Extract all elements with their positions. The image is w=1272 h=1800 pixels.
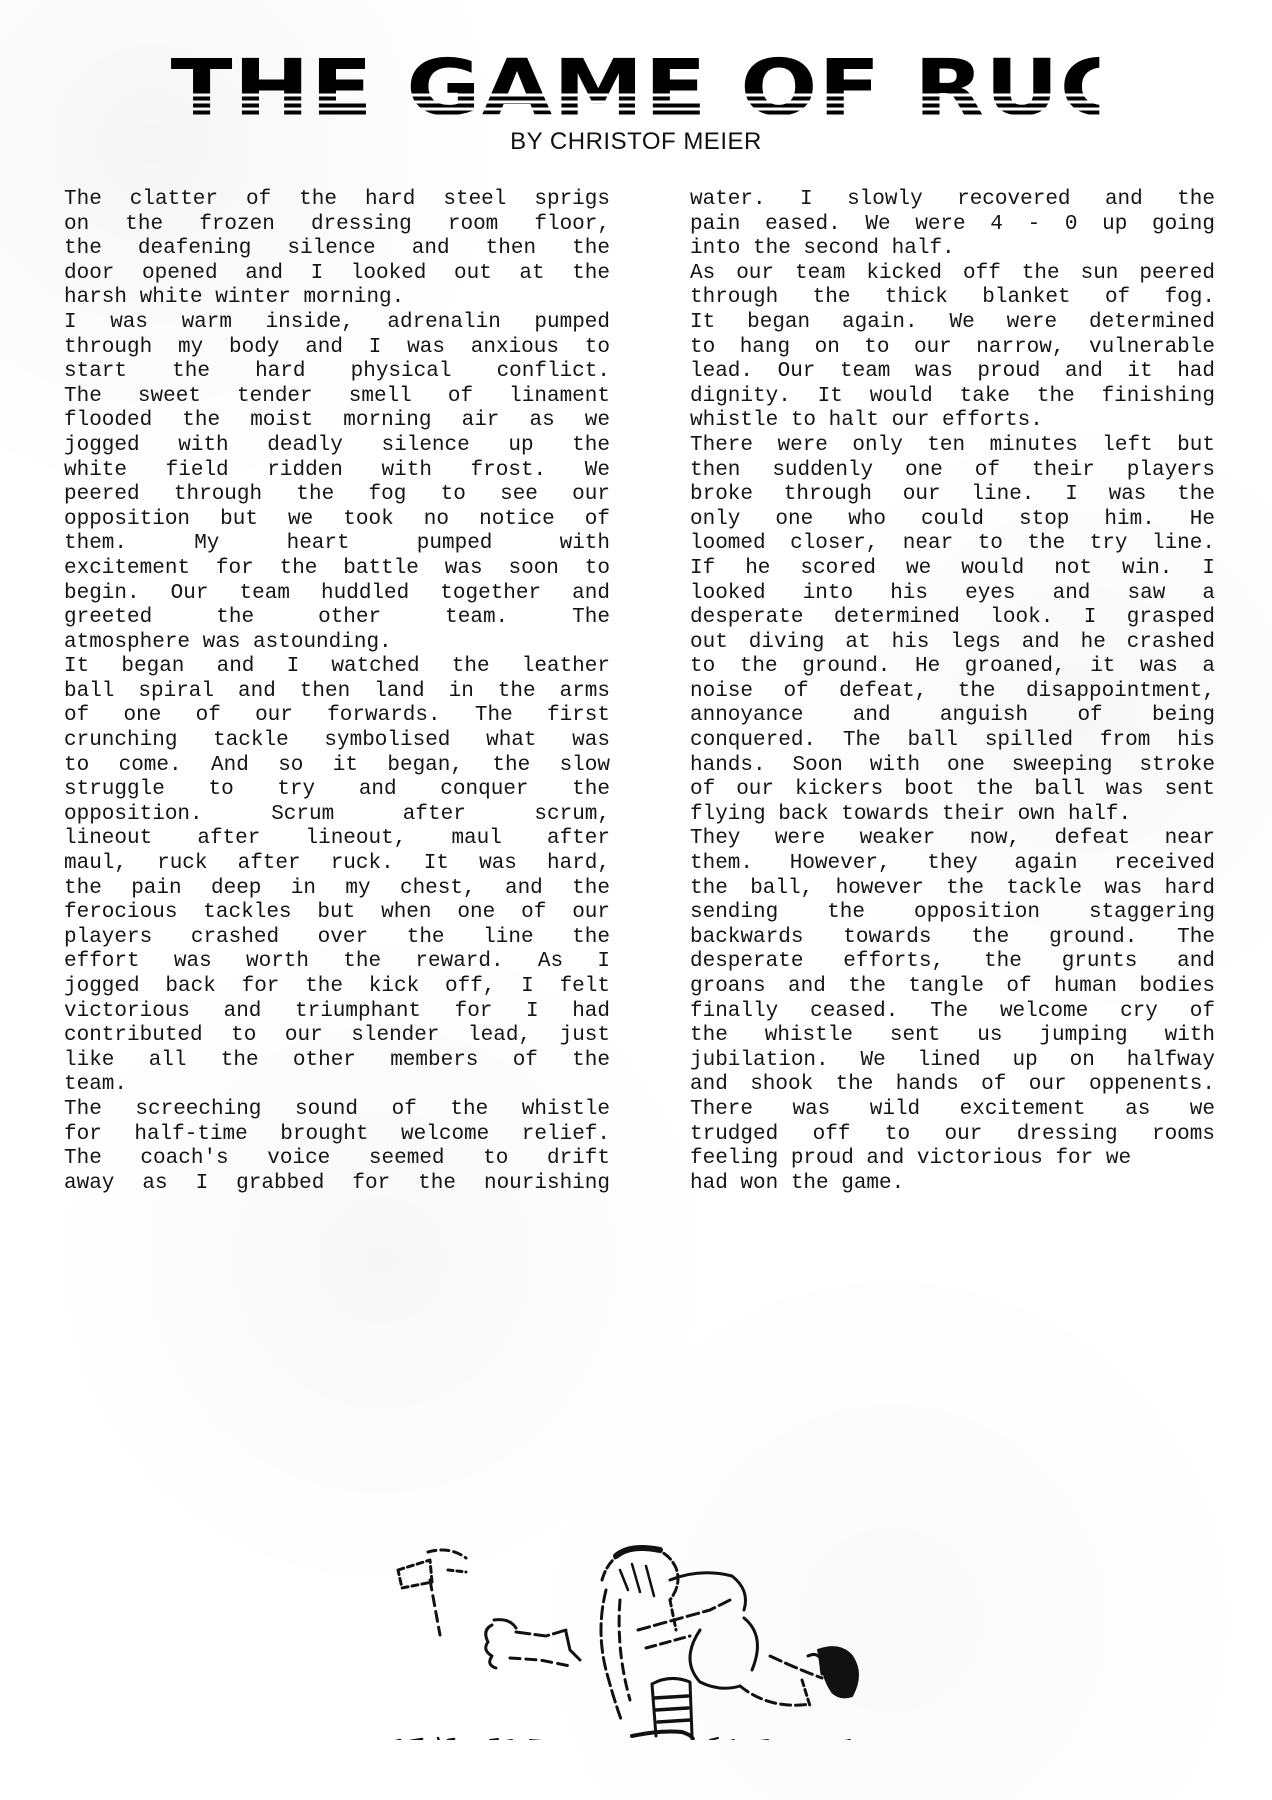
article-text-line: looked into his eyes and saw a (690, 582, 1215, 607)
article-text-line: struggle to try and conquer the (64, 778, 610, 803)
article-text-line: jogged back for the kick off, I felt (64, 975, 610, 1000)
article-text-line: white field ridden with frost. We (64, 459, 610, 484)
article-text-line: backwards towards the ground. The (690, 926, 1215, 951)
article-text-line: groans and the tangle of human bodies (690, 975, 1215, 1000)
article-text-line: them. However, they again received (690, 852, 1215, 877)
article-byline: BY CHRISTOF MEIER (0, 128, 1272, 156)
article-text-line: begin. Our team huddled together and (64, 582, 610, 607)
article-text-line: There was wild excitement as we (690, 1098, 1215, 1123)
article-text-line: They were weaker now, defeat near (690, 827, 1215, 852)
article-text-line: opposition. Scrum after scrum, (64, 803, 610, 828)
article-text-line: trudged off to our dressing rooms (690, 1123, 1215, 1148)
article-text-line: As our team kicked off the sun peered (690, 262, 1215, 287)
article-text-line: to hang on to our narrow, vulnerable (690, 336, 1215, 361)
article-text-line: of our kickers boot the ball was sent (690, 778, 1215, 803)
article-text-line: for half-time brought welcome relief. (64, 1123, 610, 1148)
article-text-line: pain eased. We were 4 - 0 up going (690, 213, 1215, 238)
article-text-line: door opened and I looked out at the (64, 262, 610, 287)
article-text-line: annoyance and anguish of being (690, 704, 1215, 729)
article-text-line: the deafening silence and then the (64, 237, 610, 262)
article-text-line: start the hard physical conflict. (64, 360, 610, 385)
article-text-line: harsh white winter morning. (64, 286, 610, 311)
article-text-line: them. My heart pumped with (64, 532, 610, 557)
article-text-line: contributed to our slender lead, just (64, 1024, 610, 1049)
article-text-line: flying back towards their own half. (690, 803, 1215, 828)
article-text-line: whistle to halt our efforts. (690, 409, 1215, 434)
article-text-line: like all the other members of the (64, 1049, 610, 1074)
article-text-line: If he scored we would not win. I (690, 557, 1215, 582)
article-text-line: It began again. We were determined (690, 311, 1215, 336)
article-text-line: broke through our line. I was the (690, 483, 1215, 508)
article-text-line: then suddenly one of their players (690, 459, 1215, 484)
article-text-line: players crashed over the line the (64, 926, 610, 951)
article-text-line: feeling proud and victorious for we (690, 1147, 1215, 1172)
article-text-line: maul, ruck after ruck. It was hard, (64, 852, 610, 877)
article-column-left: The clatter of the hard steel sprigson t… (64, 188, 610, 1196)
article-text-line: the ball, however the tackle was hard (690, 877, 1215, 902)
article-text-line: had won the game. (690, 1172, 1215, 1197)
rugby-player-diving-sketch-icon (370, 1460, 910, 1740)
article-text-line: only one who could stop him. He (690, 508, 1215, 533)
article-text-line: dignity. It would take the finishing (690, 385, 1215, 410)
article-text-line: desperate efforts, the grunts and (690, 950, 1215, 975)
article-text-line: the whistle sent us jumping with (690, 1024, 1215, 1049)
article-text-line: There were only ten minutes left but (690, 434, 1215, 459)
article-text-line: the pain deep in my chest, and the (64, 877, 610, 902)
article-text-line: on the frozen dressing room floor, (64, 213, 610, 238)
article-text-line: victorious and triumphant for I had (64, 1000, 610, 1025)
article-text-line: team. (64, 1073, 610, 1098)
article-text-line: The screeching sound of the whistle (64, 1098, 610, 1123)
article-text-line: lineout after lineout, maul after (64, 827, 610, 852)
article-text-line: out diving at his legs and he crashed (690, 631, 1215, 656)
article-text-line: excitement for the battle was soon to (64, 557, 610, 582)
article-text-line: conquered. The ball spilled from his (690, 729, 1215, 754)
article-title: THE GAME OF RUGBY (171, 53, 1100, 123)
article-text-line: away as I grabbed for the nourishing (64, 1172, 610, 1197)
article-text-line: flooded the moist morning air as we (64, 409, 610, 434)
article-text-line: ball spiral and then land in the arms (64, 680, 610, 705)
article-text-line: atmosphere was astounding. (64, 631, 610, 656)
article-text-line: jubilation. We lined up on halfway (690, 1049, 1215, 1074)
article-text-line: effort was worth the reward. As I (64, 950, 610, 975)
article-text-line: It began and I watched the leather (64, 655, 610, 680)
article-text-line: of one of our forwards. The first (64, 704, 610, 729)
article-text-line: greeted the other team. The (64, 606, 610, 631)
article-text-line: loomed closer, near to the try line. (690, 532, 1215, 557)
article-text-line: to come. And so it began, the slow (64, 754, 610, 779)
article-text-line: lead. Our team was proud and it had (690, 360, 1215, 385)
article-text-line: and shook the hands of our oppenents. (690, 1073, 1215, 1098)
article-text-line: The clatter of the hard steel sprigs (64, 188, 610, 213)
article-text-line: The coach's voice seemed to drift (64, 1147, 610, 1172)
article-text-line: finally ceased. The welcome cry of (690, 1000, 1215, 1025)
article-text-line: I was warm inside, adrenalin pumped (64, 311, 610, 336)
article-text-line: peered through the fog to see our (64, 483, 610, 508)
article-text-line: through my body and I was anxious to (64, 336, 610, 361)
article-text-line: jogged with deadly silence up the (64, 434, 610, 459)
article-text-line: to the ground. He groaned, it was a (690, 655, 1215, 680)
article-text-line: hands. Soon with one sweeping stroke (690, 754, 1215, 779)
article-text-line: ferocious tackles but when one of our (64, 901, 610, 926)
article-text-line: water. I slowly recovered and the (690, 188, 1215, 213)
article-text-line: desperate determined look. I grasped (690, 606, 1215, 631)
article-text-line: through the thick blanket of fog. (690, 286, 1215, 311)
article-text-line: The sweet tender smell of linament (64, 385, 610, 410)
article-text-line: sending the opposition staggering (690, 901, 1215, 926)
article-text-line: crunching tackle symbolised what was (64, 729, 610, 754)
article-text-line: noise of defeat, the disappointment, (690, 680, 1215, 705)
article-text-line: opposition but we took no notice of (64, 508, 610, 533)
article-text-line: into the second half. (690, 237, 1215, 262)
article-column-right: water. I slowly recovered and thepain ea… (690, 188, 1215, 1196)
